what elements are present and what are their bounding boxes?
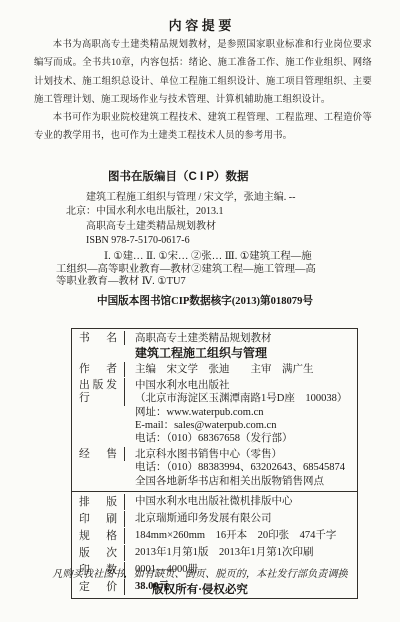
cip-classification-line: Ⅰ. ①建… Ⅱ. ①宋… ②张… Ⅲ. ①建筑工程—施 <box>56 251 356 264</box>
summary-paragraph: 本书为高职高专土建类精品规划教材，是参照国家职业标准和行业岗位要求编写而成。全书… <box>34 36 372 109</box>
content-summary: 本书为高职高专土建类精品规划教材，是参照国家职业标准和行业岗位要求编写而成。全书… <box>34 36 372 146</box>
distributor-line: 北京科水图书销售中心（零售） <box>135 448 353 461</box>
cip-classification: Ⅰ. ①建… Ⅱ. ①宋… ②张… Ⅲ. ①建筑工程—施 工组织—高等职业教育—… <box>56 251 356 289</box>
typesetting-line: 中国水利水电出版社微机排版中心 <box>135 495 353 510</box>
row-value-book-title: 高职高专土建类精品规划教材 建筑工程施工组织与管理 <box>125 331 357 362</box>
printer-line: 北京瑞斯通印务发展有限公司 <box>135 512 353 527</box>
row-value-distributor: 北京科水图书销售中心（零售） 电话：（010）88383994、63202643… <box>125 447 357 489</box>
cip-entry-line: 建筑工程施工组织与管理 / 宋文学，张迪主编. -- <box>66 191 360 205</box>
book-title-line: 建筑工程施工组织与管理 <box>135 345 353 361</box>
row-label-book-title: 书 名 <box>72 331 125 345</box>
row-label-publisher: 出版发行 <box>72 378 125 406</box>
distributor-phone-line: 电话：（010）88383994、63202643、68545874 <box>135 461 353 474</box>
cip-record-number: 中国版本图书馆CIP数据核字(2013)第018079号 <box>97 293 313 308</box>
row-value-publisher: 中国水利水电出版社 （北京市海淀区玉渊潭南路1号D座 100038） 网址：ww… <box>125 378 357 447</box>
row-label-printer: 印 刷 <box>72 511 125 527</box>
publication-section: 书 名 高职高专土建类精品规划教材 建筑工程施工组织与管理 作 者 主编 宋文学… <box>72 329 357 491</box>
publisher-address-line: （北京市海淀区玉渊潭南路1号D座 100038） <box>135 392 353 405</box>
cip-classification-line: 工组织—高等职业教育—教材②建筑工程—施工管理—高 <box>56 264 356 277</box>
cip-isbn-line: ISBN 978-7-5170-0617-6 <box>66 234 360 248</box>
copyright-notice: 版权所有·侵权必究 <box>0 581 400 597</box>
cip-entry-line: 高职高专土建类精品规划教材 <box>66 220 360 234</box>
row-label-author: 作 者 <box>72 362 125 376</box>
colophon-page: 内 容 提 要 本书为高职高专土建类精品规划教材，是参照国家职业标准和行业岗位要… <box>0 0 400 622</box>
cip-classification-line: 等职业教育—教材 Ⅳ. ①TU7 <box>56 276 356 289</box>
edition-line: 2013年1月第1版 2013年1月第1次印刷 <box>135 546 353 561</box>
row-label-typesetting: 排 版 <box>72 494 125 510</box>
content-summary-title: 内 容 提 要 <box>0 15 400 34</box>
publisher-website-line: 网址：www.waterpub.com.cn <box>135 406 353 419</box>
row-label-format: 规 格 <box>72 528 125 544</box>
publisher-email-line: E-mail：sales@waterpub.com.cn <box>135 419 353 432</box>
row-label-distributor: 经 售 <box>72 447 125 461</box>
publisher-phone-line: 电话：（010）68367658（发行部） <box>135 432 353 445</box>
format-line: 184mm×260mm 16开本 20印张 474千字 <box>135 529 353 544</box>
row-value-author: 主编 宋文学 张迪 主审 满广生 <box>125 362 357 377</box>
author-line: 主编 宋文学 张迪 主审 满广生 <box>135 363 353 376</box>
row-value-printer: 北京瑞斯通印务发展有限公司 <box>125 511 357 528</box>
cip-entry: 建筑工程施工组织与管理 / 宋文学，张迪主编. -- 北京：中国水利水电出版社，… <box>66 191 360 248</box>
cip-data-heading: 图书在版编目（C I P）数据 <box>108 168 249 184</box>
exchange-notice: 凡购买我社图书，如有缺页、倒页、脱页的，本社发行部负责调换 <box>0 565 400 580</box>
row-label-edition: 版 次 <box>72 545 125 561</box>
row-value-format: 184mm×260mm 16开本 20印张 474千字 <box>125 528 357 545</box>
publisher-line: 中国水利水电出版社 <box>135 379 353 392</box>
colophon-table: 书 名 高职高专土建类精品规划教材 建筑工程施工组织与管理 作 者 主编 宋文学… <box>71 328 358 599</box>
cip-entry-line: 北京：中国水利水电出版社，2013.1 <box>66 205 360 219</box>
row-value-edition: 2013年1月第1版 2013年1月第1次印刷 <box>125 545 357 562</box>
book-series-line: 高职高专土建类精品规划教材 <box>135 332 353 345</box>
row-value-typesetting: 中国水利水电出版社微机排版中心 <box>125 494 357 511</box>
distributor-outlets-line: 全国各地新华书店和相关出版物销售网点 <box>135 475 353 488</box>
summary-paragraph: 本书可作为职业院校建筑工程技术、建筑工程管理、工程监理、工程造价等专业的教学用书… <box>34 109 372 146</box>
